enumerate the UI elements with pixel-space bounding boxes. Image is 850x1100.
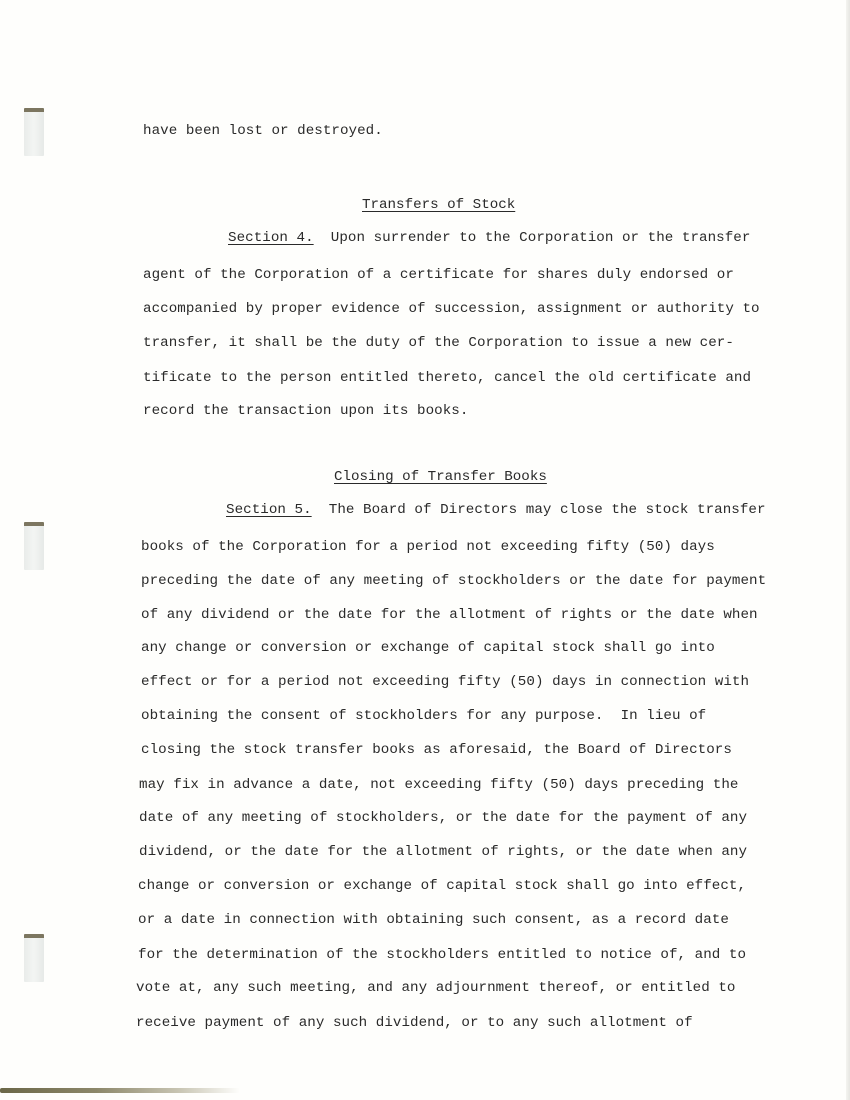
paragraph-line: of any dividend or the date for the allo…	[141, 606, 758, 624]
paragraph-line: accompanied by proper evidence of succes…	[143, 300, 760, 318]
paragraph-line: date of any meeting of stockholders, or …	[139, 809, 747, 827]
paragraph-line: dividend, or the date for the allotment …	[139, 843, 747, 861]
paragraph-line: preceding the date of any meeting of sto…	[141, 572, 766, 590]
section-heading-transfers-of-stock: Transfers of Stock	[362, 196, 515, 214]
binder-hole-bottom	[24, 934, 44, 982]
section-4-first-line-text: Upon surrender to the Corporation or the…	[331, 230, 751, 246]
paragraph-line: for the determination of the stockholder…	[138, 946, 746, 964]
binder-hole-middle	[24, 522, 44, 570]
paragraph-line: vote at, any such meeting, and any adjou…	[136, 979, 735, 997]
section-5-first-line: Section 5. The Board of Directors may cl…	[226, 501, 766, 519]
section-5-label: Section 5.	[226, 502, 312, 518]
section-4-first-line: Section 4. Upon surrender to the Corpora…	[228, 229, 750, 247]
paragraph-line: books of the Corporation for a period no…	[141, 538, 715, 556]
continuation-line: have been lost or destroyed.	[143, 122, 383, 140]
paragraph-line: change or conversion or exchange of capi…	[138, 877, 746, 895]
paragraph-line: record the transaction upon its books.	[143, 402, 468, 420]
scanned-document-page: have been lost or destroyed. Transfers o…	[0, 0, 850, 1100]
paragraph-line: tificate to the person entitled thereto,…	[143, 369, 751, 387]
paragraph-line: agent of the Corporation of a certificat…	[143, 266, 734, 284]
section-5-first-line-text: The Board of Directors may close the sto…	[329, 502, 766, 518]
paragraph-line: transfer, it shall be the duty of the Co…	[143, 334, 734, 352]
paragraph-line: receive payment of any such dividend, or…	[136, 1014, 693, 1032]
section-heading-closing-of-transfer-books: Closing of Transfer Books	[334, 468, 547, 486]
paragraph-line: obtaining the consent of stockholders fo…	[141, 707, 706, 725]
binder-hole-top	[24, 108, 44, 156]
page-right-edge	[846, 0, 850, 1100]
paragraph-line: any change or conversion or exchange of …	[141, 639, 715, 657]
section-4-label: Section 4.	[228, 230, 314, 246]
paragraph-line: or a date in connection with obtaining s…	[138, 911, 729, 929]
paragraph-line: may fix in advance a date, not exceeding…	[139, 776, 738, 794]
page-bottom-shadow	[0, 1088, 240, 1093]
paragraph-line: closing the stock transfer books as afor…	[141, 741, 732, 759]
paragraph-line: effect or for a period not exceeding fif…	[141, 673, 749, 691]
